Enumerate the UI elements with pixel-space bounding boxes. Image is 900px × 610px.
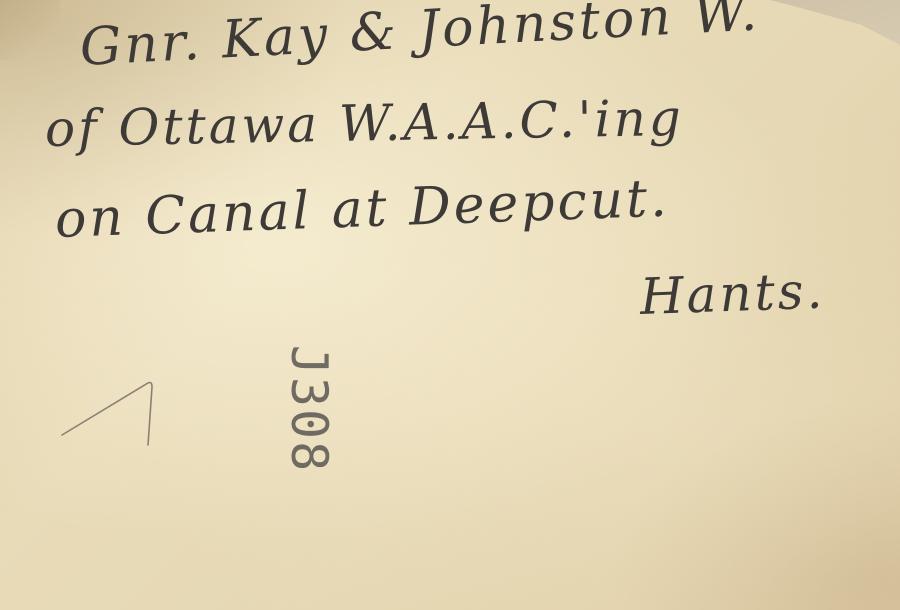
handwritten-line-3: on Canal at Deepcut.	[54, 169, 670, 250]
pencil-tick-icon	[60, 375, 170, 455]
stamped-number: J308	[280, 345, 338, 473]
torn-corner	[770, 0, 900, 45]
handwritten-line-1: Gnr. Kay & Johnston W.	[78, 0, 761, 78]
corner-crease	[0, 0, 60, 60]
handwritten-line-2: of Ottawa W.A.A.C.'ing	[44, 89, 684, 158]
document-card: Gnr. Kay & Johnston W. of Ottawa W.A.A.C…	[0, 0, 900, 610]
handwritten-line-4: Hants.	[639, 262, 826, 326]
